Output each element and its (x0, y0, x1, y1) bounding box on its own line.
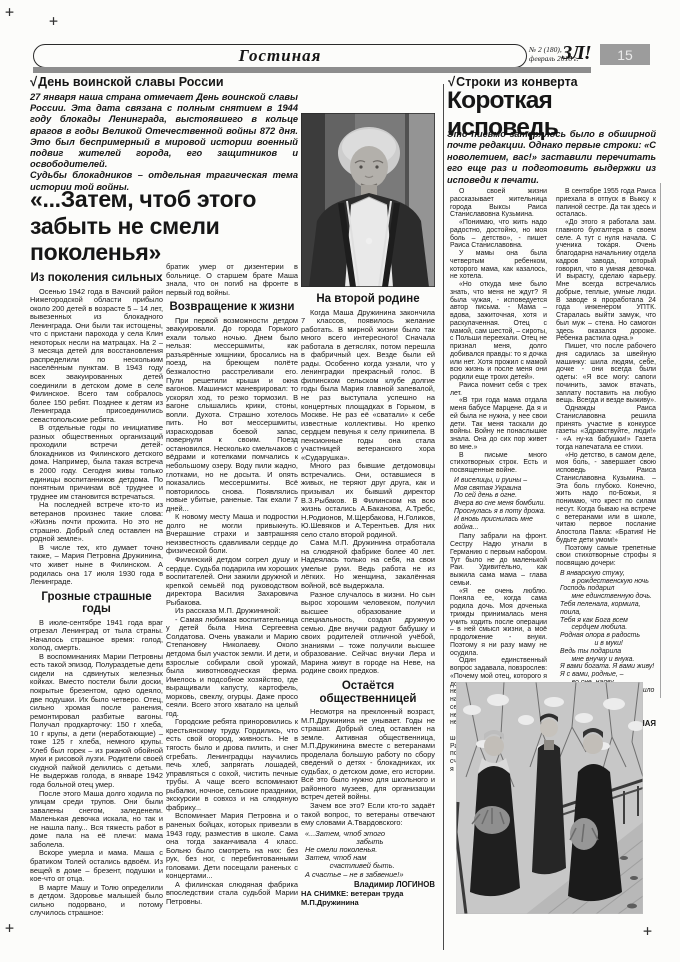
photo-veteran-portrait (301, 113, 435, 287)
crop-mark-top-left: + (5, 6, 14, 19)
text-column-1: Из поколения сильныхОсенью 1942 года в В… (30, 268, 163, 918)
paper-logo: ЗЛ! (562, 42, 591, 65)
article-lead: 27 января наша страна отмечает День воин… (30, 92, 298, 193)
paragraph: В числе тех, кто думает точно также, – М… (30, 544, 163, 587)
paragraph: К новому месту Маша и подростки долго не… (166, 513, 298, 556)
verse: «...Затем, чтоб этого забыть Не смели по… (305, 830, 435, 879)
paragraph: Разное случалось в жизни. Но сын вырос х… (301, 591, 435, 676)
paragraph: О своей жизни рассказывает жительница го… (450, 188, 547, 219)
section-banner: Гостиная (33, 44, 527, 68)
subheading: На второй родине (301, 293, 435, 306)
paragraph: Филинский детдом согрел душу и сердце. С… (166, 556, 298, 607)
paragraph: «Понимаю, что жить надо радостно, достой… (450, 219, 547, 250)
rubric-war-glory-day: √День воинской славы России (30, 74, 224, 89)
section-title: Гостиная (229, 46, 332, 66)
paragraph: В марте Машу и Толю определили в детдом.… (30, 884, 163, 918)
paragraph: Раиса помнит себя с трех лет. (450, 382, 547, 398)
paragraph: После этого Маша долго ходила по улицам … (30, 790, 163, 850)
text-column-2: братик умер от дизентерии в больнице. О … (166, 263, 298, 906)
paragraph: В письме много стихотворных строк. Есть … (450, 452, 547, 475)
paragraph: - Самая любимая воспитательница у детей … (166, 616, 298, 719)
masthead-rule (33, 67, 591, 73)
headline-left: «...Затем, чтоб этого забыть не смели по… (30, 186, 304, 266)
paragraph: Сама М.П. Дружинина отработала на слюдян… (301, 539, 435, 590)
paragraph: Вспоминает Мария Петровна и о раненых бо… (166, 812, 298, 880)
paragraph: Пишет, что после рабочего дня садилась з… (556, 343, 656, 405)
paragraph: «До этого я работала зам. главного бухга… (556, 219, 656, 343)
lead-paragraph: Это письмо затерялось было в обширной по… (447, 129, 656, 186)
paragraph: Поэтому самые трепетные свои стихотворны… (556, 545, 656, 568)
crop-mark-top-left-2: + (49, 15, 58, 28)
photo-caption: НА СНИМКЕ: ветеран труда М.П.Дружинина (301, 890, 435, 907)
paragraph: На последней встрече кто-то из ветеранов… (30, 501, 163, 544)
photo-three-women (456, 682, 643, 914)
paragraph: «Но откуда мне было знать, что меня не ж… (450, 281, 547, 382)
paragraph: «Но детство, в самом деле, моя боль, - з… (556, 452, 656, 545)
article-lead: Это письмо затерялось было в обширной по… (447, 129, 656, 186)
paragraph: У мамы она была четвертым ребенком, кото… (450, 250, 547, 281)
paragraph: Папу забрали на фронт. Сестру Надю угнал… (450, 533, 547, 587)
page-number: 15 (600, 44, 650, 65)
paragraph: Городские ребята приноровились к крестья… (166, 718, 298, 812)
paragraph: Зачем все это? Если кто-то задаёт такой … (301, 802, 435, 828)
signature: Владимир ЛОГИНОВ (301, 881, 435, 890)
paragraph: В сентябре 1955 года Раиса приехала в от… (556, 188, 656, 219)
article-divider (443, 84, 444, 950)
paragraph: А филинская слюдяная фабрика впоследстви… (166, 881, 298, 907)
paragraph: Однажды Раиса Станиславовна решила приня… (556, 405, 656, 452)
paragraph: Вскоре умерла и мама. Маша с братиком То… (30, 849, 163, 883)
paragraph: При первой возможности детдом эвакуирова… (166, 317, 298, 514)
paragraph: «Я ее очень люблю. Поняла ее, когда сама… (450, 588, 547, 658)
crop-mark-bottom-right: + (643, 925, 652, 938)
paragraph: Осенью 1942 года в Вачский район Нижегор… (30, 288, 163, 425)
paragraph: Несмотря на преклонный возраст, М.П.Друж… (301, 708, 435, 802)
page-edge-line (660, 183, 661, 698)
verse: И виселицы, и руины – Моя святая Украина… (454, 477, 547, 532)
paragraph: «В три года мама отдала меня бабусе Марц… (450, 397, 547, 451)
subheading: Из поколения сильных (30, 272, 163, 285)
paragraph: Много раз бывшие детдомовцы встречались.… (301, 462, 435, 539)
paragraph: В отдельные годы по инициативе разных об… (30, 424, 163, 501)
subheading: Возвращение к жизни (166, 301, 298, 314)
newspaper-page: + + + + Гостиная № 2 (180), февраль 2016… (0, 0, 680, 962)
subheading: Остаётся общественницей (301, 680, 435, 705)
checkmark-icon: √ (30, 74, 37, 89)
paragraph: В воспоминаниях Марии Петровны есть тако… (30, 653, 163, 790)
rubric-label: День воинской славы России (38, 75, 223, 89)
subheading: Грозные страшные годы (30, 591, 163, 616)
crop-mark-bottom-left: + (5, 922, 14, 935)
text-column-b: В сентябре 1955 года Раиса приехала в от… (556, 188, 656, 728)
lead-paragraph: 27 января наша страна отмечает День воин… (30, 92, 298, 170)
text-column-3: На второй родинеКогда Маша Дружинина зак… (301, 289, 435, 908)
paragraph: В июле-сентябре 1941 года враг отрезал Л… (30, 619, 163, 653)
paragraph-continued: братик умер от дизентерии в больнице. О … (166, 263, 298, 297)
paragraph: Когда Маша Дружинина закончила 7 классов… (301, 309, 435, 463)
